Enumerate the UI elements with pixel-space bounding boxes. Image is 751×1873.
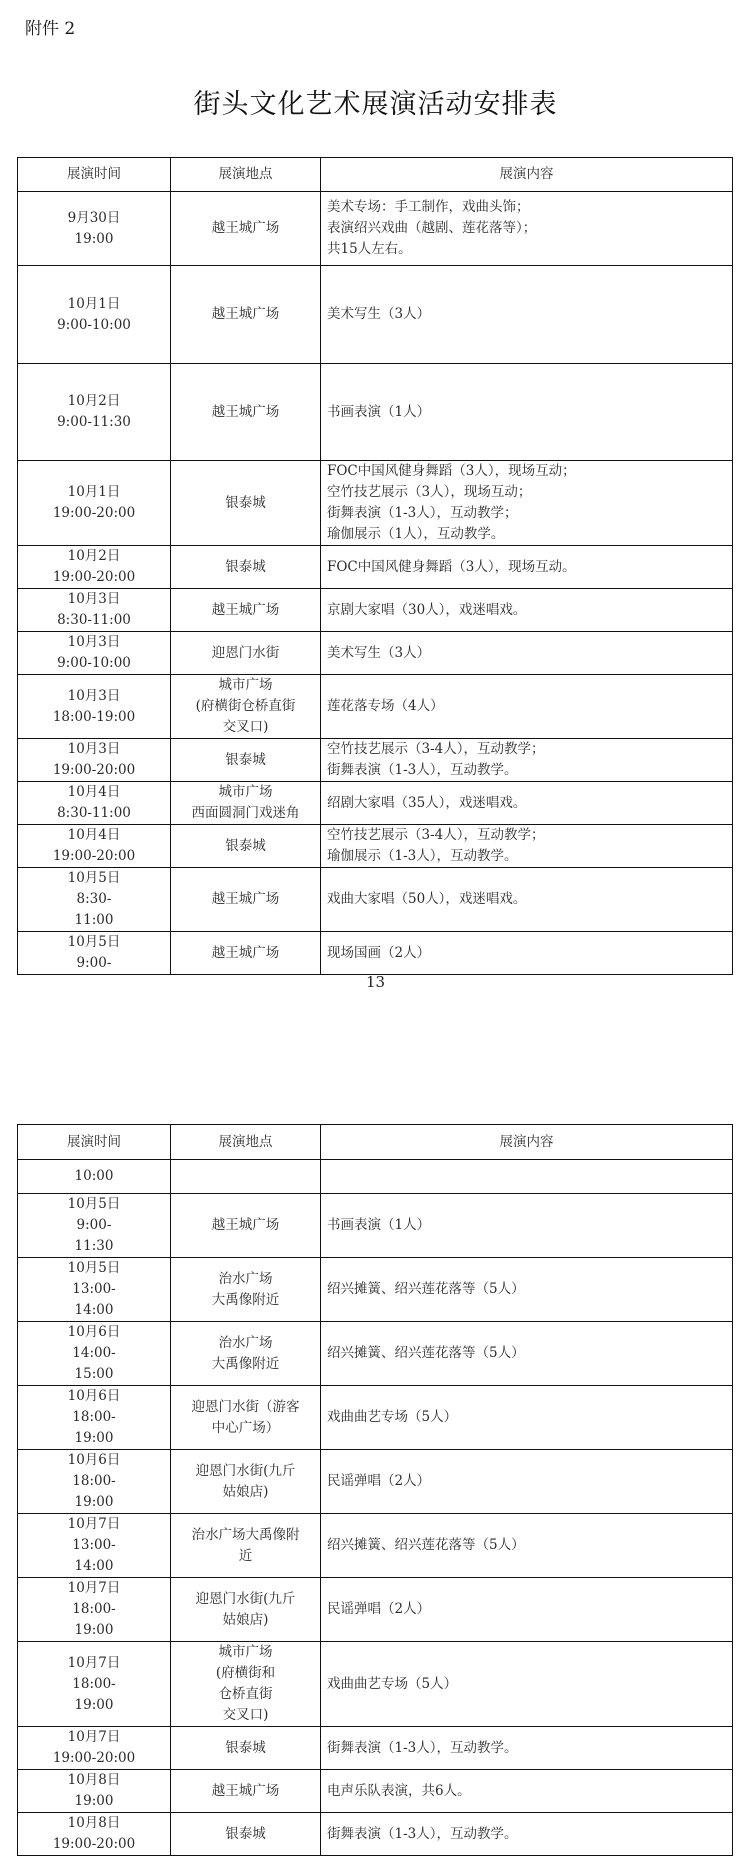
content-cell: 书画表演（1人） [321,1194,733,1258]
time-cell-line: 10月7日 [24,1514,164,1535]
content-cell-line: 绍剧大家唱（35人），戏迷唱戏。 [327,793,726,814]
time-cell: 10月7日13:00-14:00 [18,1514,171,1578]
content-cell-line: 书画表演（1人） [327,402,726,423]
content-cell: 美术写生（3人） [321,632,733,675]
time-cell: 10:00 [18,1160,171,1194]
time-cell-line: 18:00- [24,1674,164,1695]
place-cell-line: 越王城广场 [177,943,314,964]
time-cell: 10月6日18:00-19:00 [18,1450,171,1514]
place-cell: 迎恩门水街(九斤姑娘店) [171,1450,321,1514]
place-cell: 城市广场西面圆洞门戏迷角 [171,782,321,825]
content-cell-line: 绍兴摊簧、绍兴莲花落等（5人） [327,1535,726,1556]
time-cell: 10月2日19:00-20:00 [18,546,171,589]
content-cell-line: 戏曲曲艺专场（5人） [327,1407,726,1428]
table-row: 10月3日8:30-11:00越王城广场京剧大家唱（30人），戏迷唱戏。 [18,589,733,632]
time-cell-line: 15:00 [24,1364,164,1385]
time-cell: 10月6日14:00-15:00 [18,1322,171,1386]
content-cell: 戏曲曲艺专场（5人） [321,1642,733,1727]
time-cell-line: 18:00- [24,1471,164,1492]
time-cell-line: 11:00 [24,910,164,931]
table-row: 10月2日9:00-11:30越王城广场书画表演（1人） [18,364,733,461]
place-cell-line: 银泰城 [177,1824,314,1845]
time-cell-line: 19:00 [24,1428,164,1449]
time-cell-line: 19:00 [24,1791,164,1812]
place-cell: 治水广场大禹像附近 [171,1258,321,1322]
table-row: 10月5日9:00-11:30越王城广场书画表演（1人） [18,1194,733,1258]
time-cell-line: 10月4日 [24,825,164,846]
time-cell: 10月3日8:30-11:00 [18,589,171,632]
time-cell: 10月1日19:00-20:00 [18,461,171,546]
table-row: 10月1日9:00-10:00越王城广场美术写生（3人） [18,266,733,364]
table-row: 10月6日18:00-19:00迎恩门水街(九斤姑娘店)民谣弹唱（2人） [18,1450,733,1514]
place-cell: 越王城广场 [171,266,321,364]
time-cell-line: 10月8日 [24,1813,164,1834]
time-cell-line: 14:00 [24,1300,164,1321]
content-cell-line: 现场国画（2人） [327,943,726,964]
content-cell: 书画表演（1人） [321,364,733,461]
place-cell-line: 迎恩门水街 [177,643,314,664]
place-cell-line: 中心广场） [177,1418,314,1439]
content-cell-line: 瑜伽展示（1人），互动教学。 [327,524,726,545]
content-cell-line: FOC中国风健身舞蹈（3人），现场互动。 [327,557,726,578]
place-cell-line: 交叉口) [177,717,314,738]
place-cell-line: 城市广场 [177,1642,314,1663]
place-cell: 银泰城 [171,1727,321,1770]
time-cell-line: 9:00-11:30 [24,412,164,433]
content-cell-line: FOC中国风健身舞蹈（3人），现场互动； [327,461,726,482]
content-cell: 绍兴摊簧、绍兴莲花落等（5人） [321,1258,733,1322]
content-cell [321,1160,733,1194]
time-cell-line: 14:00 [24,1556,164,1577]
content-cell-line: 街舞表演（1-3人），互动教学。 [327,760,726,781]
place-cell-line: 越王城广场 [177,1215,314,1236]
place-cell-line: 越王城广场 [177,402,314,423]
place-cell: 银泰城 [171,461,321,546]
content-cell-line: 美术写生（3人） [327,304,726,325]
content-cell-line: 空竹技艺展示（3-4人），互动教学； [327,739,726,760]
header-time: 展演时间 [18,1125,171,1160]
content-cell: 美术专场：手工制作，戏曲头饰；表演绍兴戏曲（越剧、莲花落等）；共15人左右。 [321,192,733,266]
place-cell [171,1160,321,1194]
time-cell-line: 8:30-11:00 [24,610,164,631]
place-cell-line: 城市广场 [177,782,314,803]
content-cell-line: 电声乐队表演，共6人。 [327,1781,726,1802]
time-cell-line: 19:00-20:00 [24,1834,164,1855]
header-time: 展演时间 [18,158,171,192]
place-cell-line: 银泰城 [177,493,314,514]
time-cell: 10月7日19:00-20:00 [18,1727,171,1770]
time-cell-line: 10月1日 [24,294,164,315]
place-cell-line: 治水广场 [177,1333,314,1354]
time-cell-line: 9:00-10:00 [24,653,164,674]
content-cell-line: 表演绍兴戏曲（越剧、莲花落等）； [327,218,726,239]
content-cell: 民谣弹唱（2人） [321,1578,733,1642]
content-cell-line: 街舞表演（1-3人），互动教学。 [327,1824,726,1845]
table-row: 10月1日19:00-20:00银泰城FOC中国风健身舞蹈（3人），现场互动；空… [18,461,733,546]
place-cell: 城市广场(府横街和仓桥直街交叉口) [171,1642,321,1727]
time-cell: 10月3日18:00-19:00 [18,675,171,739]
time-cell: 10月5日8:30-11:00 [18,868,171,932]
time-cell-line: 10月3日 [24,686,164,707]
place-cell-line: 银泰城 [177,836,314,857]
place-cell-line: 仓桥直街 [177,1684,314,1705]
content-cell-line: 空竹技艺展示（3人），现场互动； [327,482,726,503]
table-row: 10月7日19:00-20:00银泰城街舞表演（1-3人），互动教学。 [18,1727,733,1770]
time-cell: 10月1日9:00-10:00 [18,266,171,364]
content-cell: 绍兴摊簧、绍兴莲花落等（5人） [321,1322,733,1386]
time-cell-line: 19:00-20:00 [24,846,164,867]
time-cell-line: 19:00-20:00 [24,1748,164,1769]
content-cell: 美术写生（3人） [321,266,733,364]
place-cell: 越王城广场 [171,364,321,461]
table-row: 10月7日18:00-19:00城市广场(府横街和仓桥直街交叉口)戏曲曲艺专场（… [18,1642,733,1727]
time-cell-line: 19:00 [24,229,164,250]
place-cell: 银泰城 [171,1813,321,1856]
document-title: 街头文化艺术展演活动安排表 [0,82,751,121]
time-cell: 10月3日19:00-20:00 [18,739,171,782]
header-place: 展演地点 [171,158,321,192]
table-row: 10:00 [18,1160,733,1194]
header-content: 展演内容 [321,158,733,192]
time-cell-line: 9:00- [24,953,164,974]
content-cell-line: 街舞表演（1-3人），互动教学； [327,503,726,524]
time-cell: 10月5日13:00-14:00 [18,1258,171,1322]
time-cell-line: 18:00- [24,1407,164,1428]
time-cell-line: 13:00- [24,1535,164,1556]
place-cell-line: 越王城广场 [177,600,314,621]
place-cell: 治水广场大禹像附近 [171,1514,321,1578]
content-cell-line: 美术写生（3人） [327,643,726,664]
time-cell-line: 10月6日 [24,1386,164,1407]
place-cell-line: 西面圆洞门戏迷角 [177,803,314,824]
place-cell-line: 银泰城 [177,1738,314,1759]
schedule-table-page-1: 展演时间 展演地点 展演内容 9月30日19:00越王城广场美术专场：手工制作，… [17,157,733,975]
table-row: 10月6日18:00-19:00迎恩门水街（游客中心广场）戏曲曲艺专场（5人） [18,1386,733,1450]
time-cell-line: 13:00- [24,1279,164,1300]
time-cell-line: 9月30日 [24,208,164,229]
table-body: 9月30日19:00越王城广场美术专场：手工制作，戏曲头饰；表演绍兴戏曲（越剧、… [18,192,733,975]
time-cell-line: 18:00- [24,1599,164,1620]
content-cell-line: 街舞表演（1-3人），互动教学。 [327,1738,726,1759]
time-cell-line: 11:30 [24,1236,164,1257]
place-cell-line: 治水广场 [177,1269,314,1290]
content-cell-line: 京剧大家唱（30人），戏迷唱戏。 [327,600,726,621]
content-cell: 莲花落专场（4人） [321,675,733,739]
table-header-row: 展演时间 展演地点 展演内容 [18,1125,733,1160]
time-cell-line: 10月5日 [24,932,164,953]
content-cell-line: 莲花落专场（4人） [327,696,726,717]
place-cell: 越王城广场 [171,1194,321,1258]
place-cell: 越王城广场 [171,1770,321,1813]
table-row: 10月6日14:00-15:00治水广场大禹像附近绍兴摊簧、绍兴莲花落等（5人） [18,1322,733,1386]
content-cell: 空竹技艺展示（3-4人），互动教学；瑜伽展示（1-3人），互动教学。 [321,825,733,868]
place-cell-line: 银泰城 [177,557,314,578]
header-place: 展演地点 [171,1125,321,1160]
table-row: 10月3日9:00-10:00迎恩门水街美术写生（3人） [18,632,733,675]
place-cell: 迎恩门水街（游客中心广场） [171,1386,321,1450]
time-cell-line: 19:00 [24,1620,164,1641]
place-cell-line: 大禹像附近 [177,1290,314,1311]
place-cell: 银泰城 [171,739,321,782]
content-cell: 空竹技艺展示（3-4人），互动教学；街舞表演（1-3人），互动教学。 [321,739,733,782]
time-cell-line: 10月5日 [24,1258,164,1279]
attachment-label: 附件 2 [25,14,75,39]
table-row: 10月2日19:00-20:00银泰城FOC中国风健身舞蹈（3人），现场互动。 [18,546,733,589]
time-cell: 10月8日19:00-20:00 [18,1813,171,1856]
content-cell: 戏曲大家唱（50人），戏迷唱戏。 [321,868,733,932]
place-cell-line: (府横街仓桥直街 [177,696,314,717]
place-cell-line: 近 [177,1546,314,1567]
table-row: 10月4日8:30-11:00城市广场西面圆洞门戏迷角绍剧大家唱（35人），戏迷… [18,782,733,825]
time-cell-line: 19:00-20:00 [24,503,164,524]
place-cell: 越王城广场 [171,932,321,975]
time-cell: 9月30日19:00 [18,192,171,266]
place-cell-line: 治水广场大禹像附 [177,1525,314,1546]
place-cell-line: 越王城广场 [177,304,314,325]
place-cell-line: 越王城广场 [177,218,314,239]
place-cell: 越王城广场 [171,589,321,632]
time-cell-line: 9:00- [24,1215,164,1236]
time-cell: 10月4日8:30-11:00 [18,782,171,825]
content-cell: FOC中国风健身舞蹈（3人），现场互动；空竹技艺展示（3人），现场互动；街舞表演… [321,461,733,546]
time-cell: 10月7日18:00-19:00 [18,1578,171,1642]
content-cell-line: 民谣弹唱（2人） [327,1599,726,1620]
table-row: 9月30日19:00越王城广场美术专场：手工制作，戏曲头饰；表演绍兴戏曲（越剧、… [18,192,733,266]
place-cell: 银泰城 [171,825,321,868]
content-cell-line: 空竹技艺展示（3-4人），互动教学； [327,825,726,846]
place-cell-line: 越王城广场 [177,1781,314,1802]
content-cell: FOC中国风健身舞蹈（3人），现场互动。 [321,546,733,589]
content-cell-line: 共15人左右。 [327,239,726,260]
table-row: 10月5日8:30-11:00越王城广场戏曲大家唱（50人），戏迷唱戏。 [18,868,733,932]
time-cell-line: 10月8日 [24,1770,164,1791]
place-cell: 银泰城 [171,546,321,589]
schedule-table-page-2: 展演时间 展演地点 展演内容 10:0010月5日9:00-11:30越王城广场… [17,1124,733,1856]
content-cell: 现场国画（2人） [321,932,733,975]
place-cell-line: 迎恩门水街(九斤 [177,1461,314,1482]
content-cell: 电声乐队表演，共6人。 [321,1770,733,1813]
table-row: 10月3日18:00-19:00城市广场(府横街仓桥直街交叉口)莲花落专场（4人… [18,675,733,739]
table-row: 10月7日13:00-14:00治水广场大禹像附近绍兴摊簧、绍兴莲花落等（5人） [18,1514,733,1578]
time-cell-line: 10月7日 [24,1653,164,1674]
time-cell-line: 10月6日 [24,1322,164,1343]
time-cell-line: 8:30- [24,889,164,910]
time-cell-line: 19:00-20:00 [24,567,164,588]
time-cell-line: 18:00-19:00 [24,707,164,728]
place-cell-line: 迎恩门水街（游客 [177,1397,314,1418]
time-cell: 10月4日19:00-20:00 [18,825,171,868]
table-header-row: 展演时间 展演地点 展演内容 [18,158,733,192]
table-row: 10月8日19:00-20:00银泰城街舞表演（1-3人），互动教学。 [18,1813,733,1856]
time-cell-line: 8:30-11:00 [24,803,164,824]
table-row: 10月8日19:00越王城广场电声乐队表演，共6人。 [18,1770,733,1813]
header-content: 展演内容 [321,1125,733,1160]
content-cell-line: 美术专场：手工制作，戏曲头饰； [327,197,726,218]
place-cell-line: 姑娘店) [177,1482,314,1503]
page-number: 13 [0,973,751,991]
place-cell: 越王城广场 [171,868,321,932]
time-cell: 10月5日9:00- [18,932,171,975]
table-row: 10月5日9:00-越王城广场现场国画（2人） [18,932,733,975]
content-cell-line: 瑜伽展示（1-3人），互动教学。 [327,846,726,867]
time-cell-line: 10月1日 [24,482,164,503]
time-cell-line: 19:00 [24,1492,164,1513]
time-cell-line: 10月4日 [24,782,164,803]
time-cell-line: 10月5日 [24,1194,164,1215]
time-cell: 10月8日19:00 [18,1770,171,1813]
time-cell-line: 10月7日 [24,1727,164,1748]
content-cell: 绍兴摊簧、绍兴莲花落等（5人） [321,1514,733,1578]
place-cell-line: 越王城广场 [177,889,314,910]
content-cell-line: 绍兴摊簧、绍兴莲花落等（5人） [327,1343,726,1364]
time-cell: 10月6日18:00-19:00 [18,1386,171,1450]
place-cell-line: 迎恩门水街(九斤 [177,1589,314,1610]
time-cell: 10月5日9:00-11:30 [18,1194,171,1258]
content-cell: 街舞表演（1-3人），互动教学。 [321,1813,733,1856]
place-cell-line: 银泰城 [177,750,314,771]
time-cell-line: 14:00- [24,1343,164,1364]
table-body: 10:0010月5日9:00-11:30越王城广场书画表演（1人）10月5日13… [18,1160,733,1856]
place-cell-line: 城市广场 [177,675,314,696]
time-cell-line: 10月2日 [24,391,164,412]
time-cell-line: 10月3日 [24,632,164,653]
time-cell-line: 9:00-10:00 [24,315,164,336]
place-cell: 治水广场大禹像附近 [171,1322,321,1386]
content-cell-line: 戏曲大家唱（50人），戏迷唱戏。 [327,889,726,910]
place-cell-line: 姑娘店) [177,1610,314,1631]
table-row: 10月4日19:00-20:00银泰城空竹技艺展示（3-4人），互动教学；瑜伽展… [18,825,733,868]
place-cell-line: 交叉口) [177,1705,314,1726]
place-cell: 迎恩门水街(九斤姑娘店) [171,1578,321,1642]
table-row: 10月5日13:00-14:00治水广场大禹像附近绍兴摊簧、绍兴莲花落等（5人） [18,1258,733,1322]
content-cell-line: 绍兴摊簧、绍兴莲花落等（5人） [327,1279,726,1300]
content-cell-line: 民谣弹唱（2人） [327,1471,726,1492]
content-cell: 戏曲曲艺专场（5人） [321,1386,733,1450]
place-cell: 城市广场(府横街仓桥直街交叉口) [171,675,321,739]
table-row: 10月7日18:00-19:00迎恩门水街(九斤姑娘店)民谣弹唱（2人） [18,1578,733,1642]
time-cell-line: 19:00-20:00 [24,760,164,781]
time-cell-line: 10月6日 [24,1450,164,1471]
time-cell-line: 10:00 [24,1166,164,1187]
content-cell: 街舞表演（1-3人），互动教学。 [321,1727,733,1770]
time-cell-line: 10月3日 [24,739,164,760]
time-cell-line: 10月3日 [24,589,164,610]
content-cell: 民谣弹唱（2人） [321,1450,733,1514]
place-cell-line: 大禹像附近 [177,1354,314,1375]
time-cell: 10月7日18:00-19:00 [18,1642,171,1727]
time-cell-line: 10月7日 [24,1578,164,1599]
place-cell-line: (府横街和 [177,1663,314,1684]
content-cell: 京剧大家唱（30人），戏迷唱戏。 [321,589,733,632]
content-cell-line: 戏曲曲艺专场（5人） [327,1674,726,1695]
time-cell-line: 10月2日 [24,546,164,567]
time-cell-line: 10月5日 [24,868,164,889]
table-row: 10月3日19:00-20:00银泰城空竹技艺展示（3-4人），互动教学；街舞表… [18,739,733,782]
content-cell-line: 书画表演（1人） [327,1215,726,1236]
place-cell: 越王城广场 [171,192,321,266]
time-cell-line: 19:00 [24,1695,164,1716]
time-cell: 10月2日9:00-11:30 [18,364,171,461]
place-cell: 迎恩门水街 [171,632,321,675]
time-cell: 10月3日9:00-10:00 [18,632,171,675]
content-cell: 绍剧大家唱（35人），戏迷唱戏。 [321,782,733,825]
